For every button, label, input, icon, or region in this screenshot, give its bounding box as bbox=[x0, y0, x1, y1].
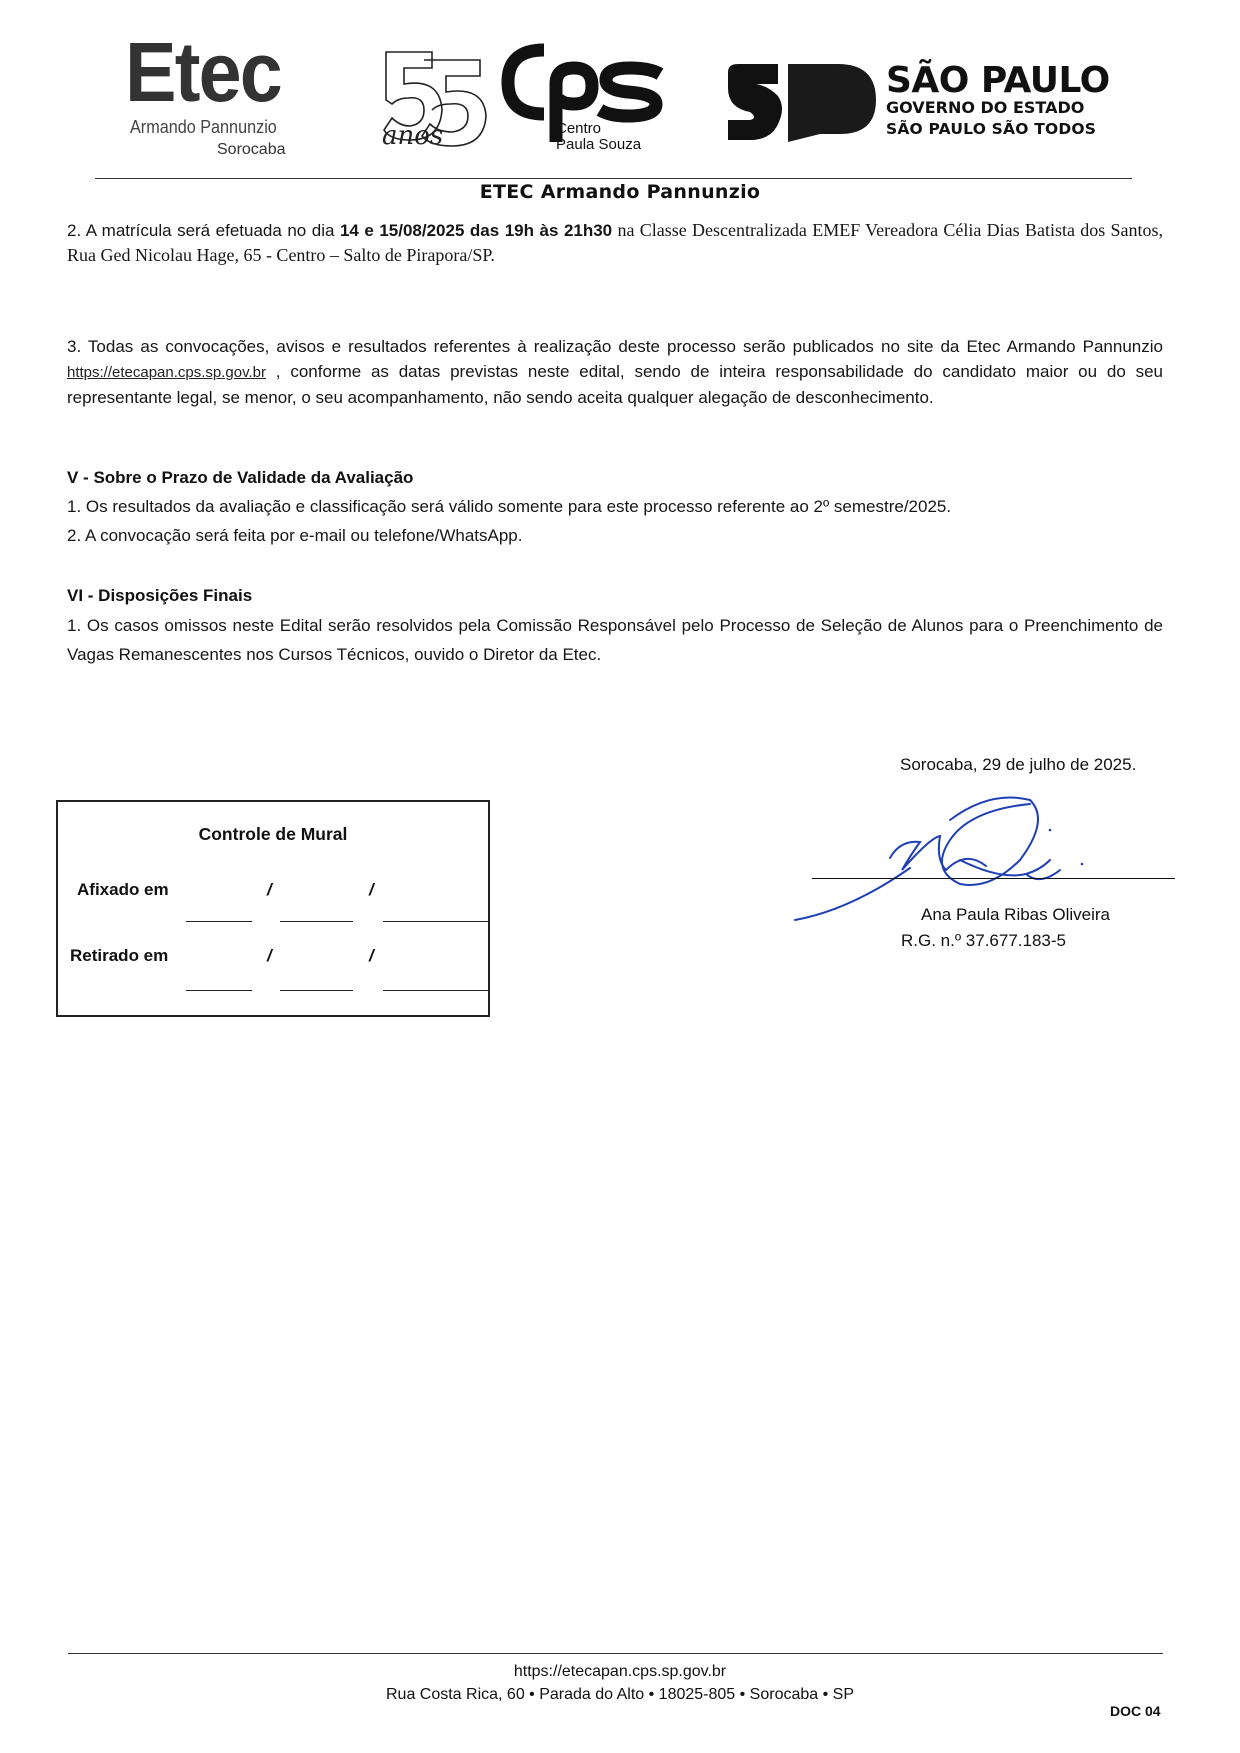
doc-code: DOC 04 bbox=[1110, 1703, 1161, 1719]
removed-month-field[interactable] bbox=[280, 990, 353, 991]
section-5-item-2: 2. A convocação será feita por e-mail ou… bbox=[67, 523, 523, 548]
cps-logo-line1: Centro bbox=[556, 121, 641, 137]
date-separator: / bbox=[267, 880, 272, 900]
sp-government-mark bbox=[728, 62, 878, 142]
date-line: Sorocaba, 29 de julho de 2025. bbox=[900, 752, 1136, 777]
signer-rg: R.G. n.º 37.677.183-5 bbox=[901, 928, 1066, 953]
site-link[interactable]: https://etecapan.cps.sp.gov.br bbox=[67, 364, 266, 381]
footer-divider bbox=[68, 1653, 1163, 1654]
mural-control-box: Controle de Mural Afixado em / / Retirad… bbox=[56, 800, 490, 1017]
mural-title: Controle de Mural bbox=[58, 824, 488, 845]
signature-line bbox=[812, 878, 1175, 879]
date-separator: / bbox=[369, 880, 374, 900]
footer-url[interactable]: https://etecapan.cps.sp.gov.br bbox=[0, 1661, 1240, 1683]
sp-logo-title: SÃO PAULO bbox=[886, 63, 1110, 99]
item-3-prefix: 3. Todas as convocações, avisos e result… bbox=[67, 337, 1163, 356]
etec-logo-city: Sorocaba bbox=[217, 142, 286, 158]
etec-logo-school: Armando Pannunzio bbox=[130, 118, 277, 136]
signer-name: Ana Paula Ribas Oliveira bbox=[921, 902, 1110, 927]
section-5-item-1: 1. Os resultados da avaliação e classifi… bbox=[67, 494, 951, 519]
anos-word: anos bbox=[382, 121, 443, 151]
removed-day-field[interactable] bbox=[186, 990, 252, 991]
affixed-label: Afixado em bbox=[77, 880, 169, 900]
item-2-date-time: 14 e 15/08/2025 das 19h às 21h30 bbox=[340, 221, 612, 240]
date-separator: / bbox=[369, 946, 374, 966]
section-6-item-1: 1. Os casos omissos neste Edital serão r… bbox=[67, 611, 1163, 669]
cps-logo-line2: Paula Souza bbox=[556, 137, 641, 153]
school-title: ETEC Armando Pannunzio bbox=[0, 181, 1240, 203]
sp-logo-subtitle: GOVERNO DO ESTADO bbox=[886, 100, 1084, 116]
removed-label: Retirado em bbox=[70, 946, 168, 966]
etec-logo-word: Etec bbox=[125, 30, 281, 114]
item-2-enrollment: 2. A matrícula será efetuada no dia 14 e… bbox=[67, 218, 1163, 268]
cps-logo-name: Centro Paula Souza bbox=[556, 121, 641, 153]
section-6-heading: VI - Disposições Finais bbox=[67, 583, 252, 608]
affixed-year-field[interactable] bbox=[383, 921, 488, 922]
date-separator: / bbox=[267, 946, 272, 966]
header-divider bbox=[95, 178, 1132, 179]
footer-address: Rua Costa Rica, 60 • Parada do Alto • 18… bbox=[0, 1684, 1240, 1706]
affixed-month-field[interactable] bbox=[280, 921, 353, 922]
item-3-publications: 3. Todas as convocações, avisos e result… bbox=[67, 334, 1163, 410]
55-anos-anniversary-logo: anos bbox=[380, 44, 500, 152]
removed-year-field[interactable] bbox=[383, 990, 488, 991]
section-5-heading: V - Sobre o Prazo de Validade da Avaliaç… bbox=[67, 465, 413, 490]
affixed-day-field[interactable] bbox=[186, 921, 252, 922]
item-2-prefix: 2. A matrícula será efetuada no dia bbox=[67, 221, 340, 240]
sp-logo-slogan: SÃO PAULO SÃO TODOS bbox=[886, 122, 1096, 138]
